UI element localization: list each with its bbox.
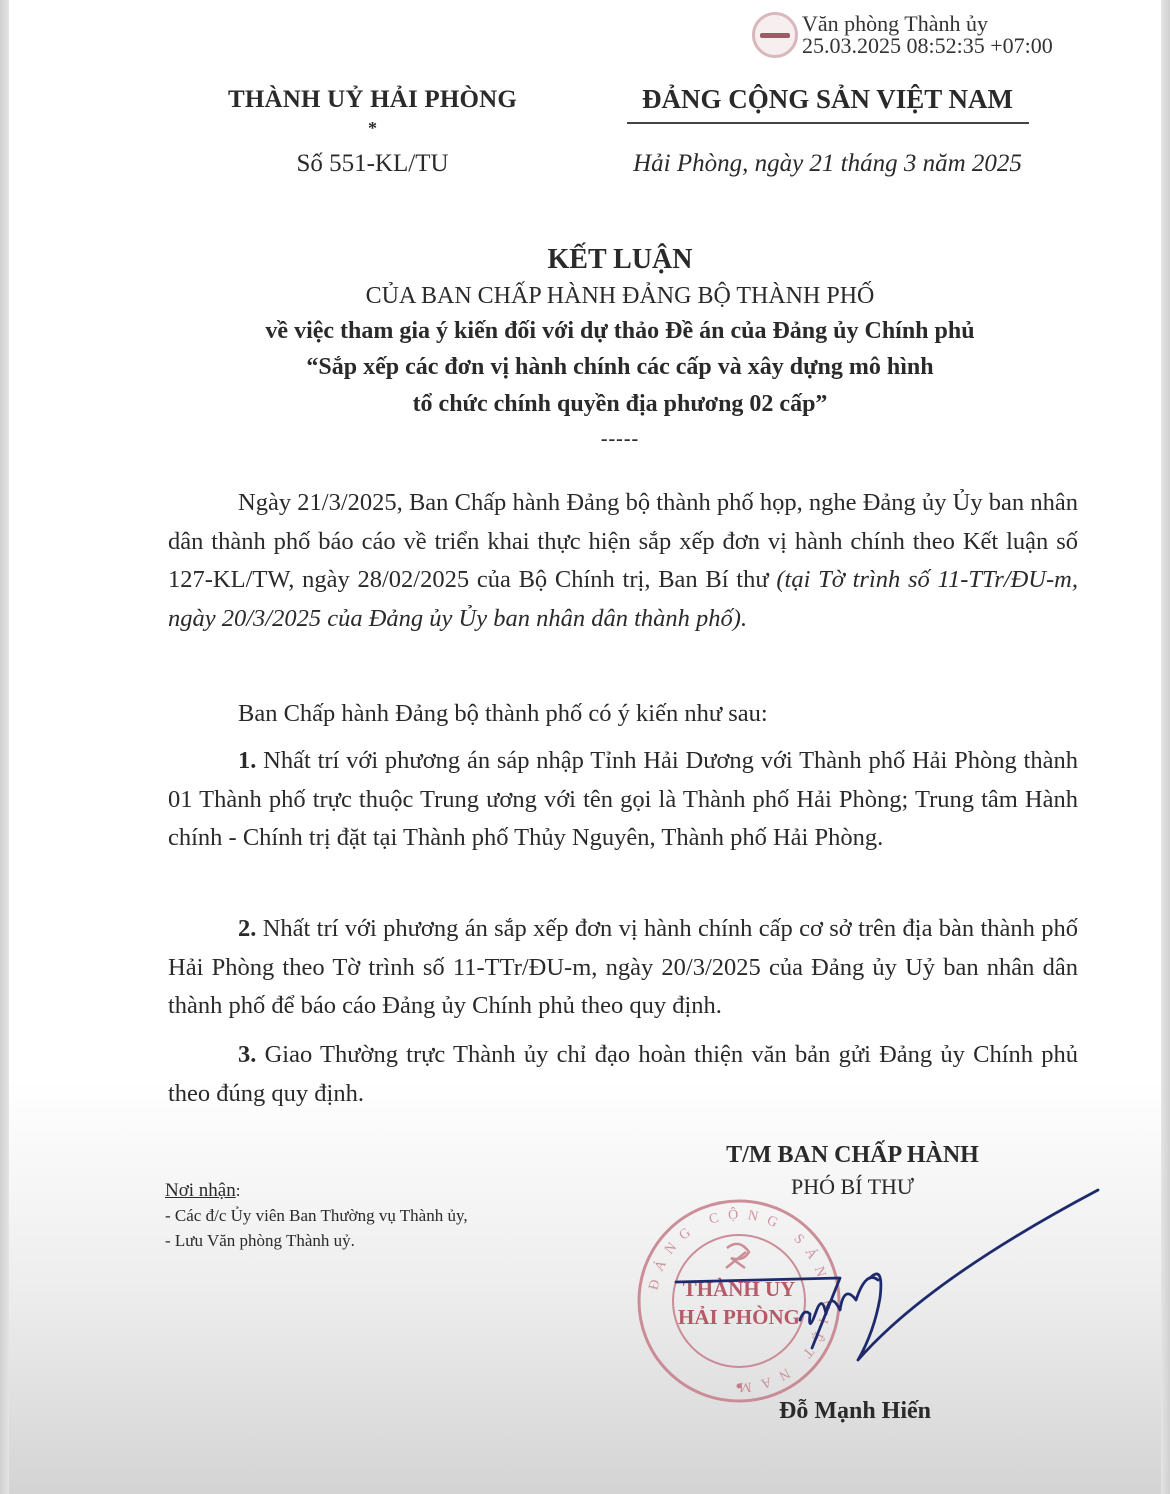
opinion-lead: Ban Chấp hành Đảng bộ thành phố có ý kiế… <box>168 695 1078 734</box>
item-number: 3. <box>238 1041 256 1068</box>
digital-signer: Văn phòng Thành ủy <box>802 13 1053 35</box>
list-item: 2. Nhất trí với phương án sắp xếp đơn vị… <box>168 910 1078 1026</box>
title-divider: ----- <box>150 428 1090 451</box>
header-separator: * <box>190 118 555 139</box>
item-text: Nhất trí với phương án sáp nhập Tỉnh Hải… <box>168 747 1078 851</box>
recipients-block: Nơi nhận: - Các đ/c Ủy viên Ban Thường v… <box>165 1178 468 1253</box>
left-edge-shadow <box>0 0 9 1494</box>
issuing-organization: THÀNH UỶ HẢI PHÒNG <box>190 86 555 114</box>
item-text: Giao Thường trực Thành ủy chỉ đạo hoàn t… <box>168 1041 1078 1107</box>
subject-line-2: “Sắp xếp các đơn vị hành chính các cấp v… <box>150 354 1090 381</box>
handwritten-signature-icon <box>640 1170 1120 1390</box>
party-name-underline <box>627 122 1029 124</box>
digital-signature-badge: Văn phòng Thành ủy 25.03.2025 08:52:35 +… <box>752 12 1053 58</box>
recipients-label: Nơi nhận <box>165 1180 236 1201</box>
intro-paragraph: Ngày 21/3/2025, Ban Chấp hành Đảng bộ th… <box>168 484 1078 638</box>
seal-icon <box>752 12 798 58</box>
on-behalf-label: T/M BAN CHẤP HÀNH <box>680 1142 1025 1169</box>
right-edge-shadow <box>1161 0 1170 1494</box>
item-number: 1. <box>238 747 256 774</box>
document-number: Số 551-KL/TU <box>190 150 555 178</box>
recipient-item: - Lưu Văn phòng Thành uỷ. <box>165 1228 468 1253</box>
item-text: Nhất trí với phương án sắp xếp đơn vị hà… <box>168 915 1078 1019</box>
party-name: ĐẢNG CỘNG SẢN VIỆT NAM <box>600 84 1055 115</box>
item-number: 2. <box>238 915 256 942</box>
subject-line-1: về việc tham gia ý kiến đối với dự thảo … <box>150 318 1090 345</box>
list-item: 1. Nhất trí với phương án sáp nhập Tỉnh … <box>168 742 1078 858</box>
signer-name: Đỗ Mạnh Hiến <box>740 1398 970 1425</box>
document-type: KẾT LUẬN <box>150 244 1090 276</box>
recipient-item: - Các đ/c Ủy viên Ban Thường vụ Thành ủy… <box>165 1203 468 1228</box>
document-issuer: CỦA BAN CHẤP HÀNH ĐẢNG BỘ THÀNH PHỐ <box>150 283 1090 310</box>
subject-line-3: tổ chức chính quyền địa phương 02 cấp” <box>150 391 1090 418</box>
document-page: Văn phòng Thành ủy 25.03.2025 08:52:35 +… <box>0 0 1170 1494</box>
place-date: Hải Phòng, ngày 21 tháng 3 năm 2025 <box>600 150 1055 178</box>
digital-timestamp: 25.03.2025 08:52:35 +07:00 <box>802 35 1053 57</box>
recipients-label-colon: : <box>236 1181 241 1200</box>
list-item: 3. Giao Thường trực Thành ủy chỉ đạo hoà… <box>168 1036 1078 1113</box>
